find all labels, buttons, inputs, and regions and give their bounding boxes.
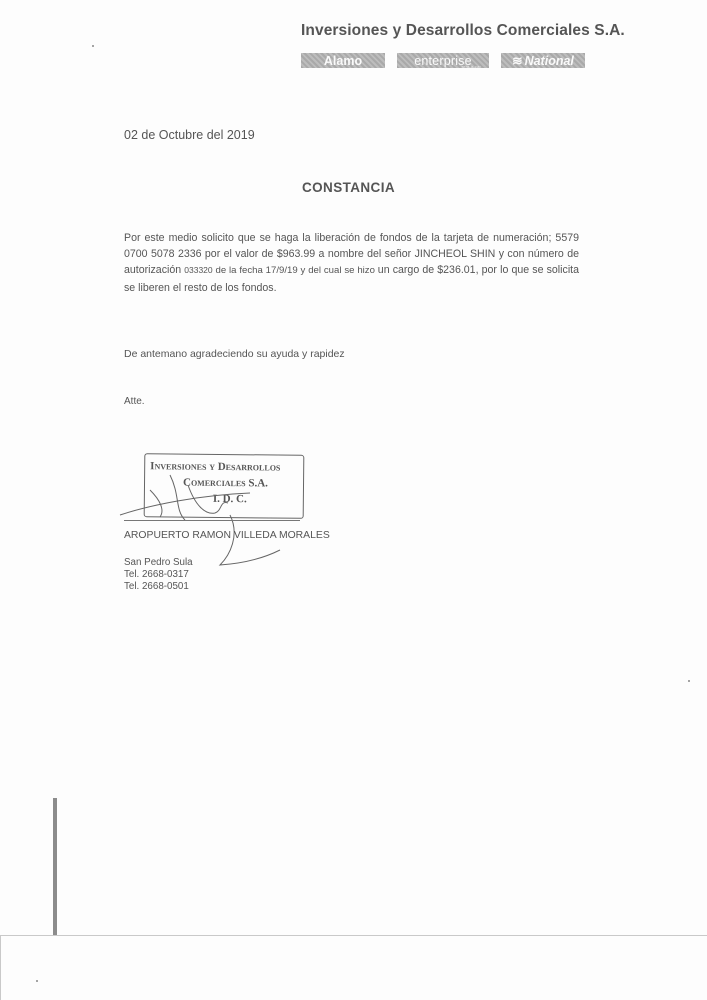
phone-2: Tel. 2668-0501 [124,581,193,593]
scan-artifact-bar [53,798,57,935]
signature-line [124,520,300,521]
alamo-logo-text: Alamo [324,54,362,68]
city: San Pedro Sula [124,557,193,569]
national-logo-text: National [525,54,574,68]
national-flag-icon: ≋ [512,53,522,68]
letter-body: Por este medio solicito que se haga la l… [124,230,579,296]
letter-date: 02 de Octubre del 2019 [124,128,255,142]
scan-edge-left [0,935,1,1000]
company-name: Inversiones y Desarrollos Comerciales S.… [301,22,625,40]
signatory-contact: San Pedro Sula Tel. 2668-0317 Tel. 2668-… [124,557,193,593]
authorization-number: 033320 [184,265,212,275]
alamo-logo: Alamo [301,53,385,68]
enterprise-logo-sublabel: rent-a-car [462,64,481,69]
scan-speck [92,45,94,47]
national-logo: ≋National [501,53,585,68]
closing: Atte. [124,396,145,407]
letter-title: CONSTANCIA [302,180,395,195]
body-middle: de la fecha 17/9/19 y del cual se hizo [213,265,378,276]
thanks-line: De antemano agradeciendo su ayuda y rapi… [124,348,345,360]
scan-speck [36,980,38,982]
phone-1: Tel. 2668-0317 [124,569,193,581]
scan-edge-line [0,935,707,936]
signatory-name: AROPUERTO RAMON VILLEDA MORALES [124,530,330,541]
enterprise-logo: enterpriserent-a-car [397,53,489,68]
scan-speck [688,680,690,682]
brand-logos: Alamo enterpriserent-a-car ≋National [301,53,585,68]
